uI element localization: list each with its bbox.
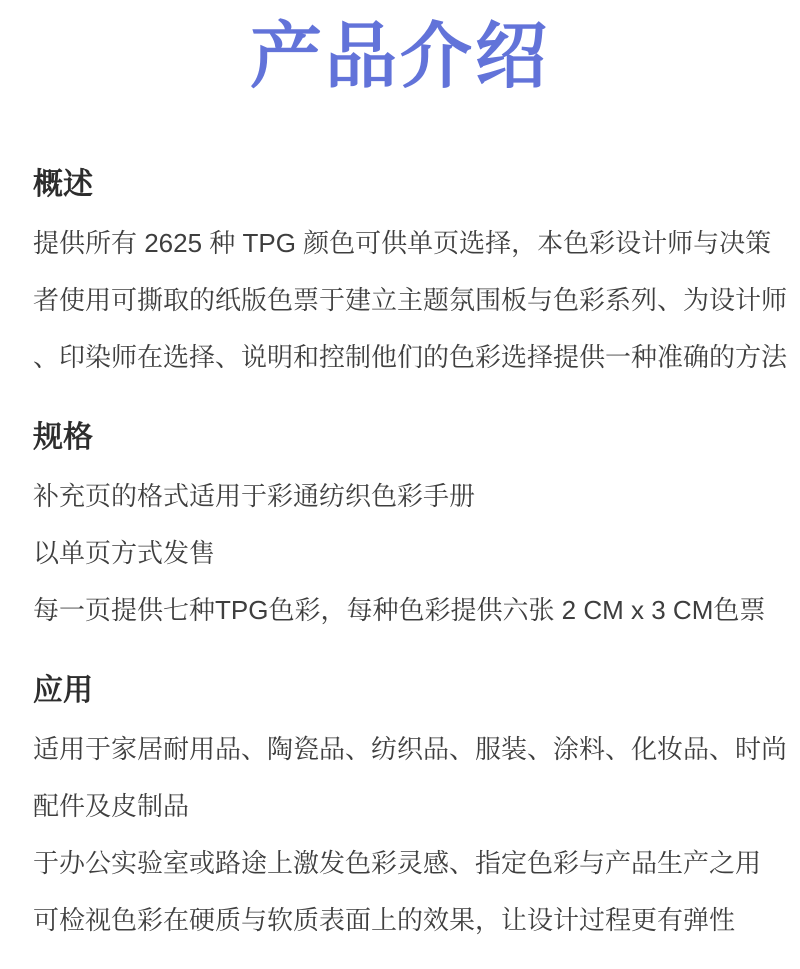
product-intro-page: 产品介绍 概述 提供所有 2625 种 TPG 颜色可供单页选择，本色彩设计师与…: [0, 0, 800, 969]
body-line: 、印染师在选择、说明和控制他们的色彩选择提供一种准确的方法: [33, 329, 767, 386]
section-overview-heading: 概述: [33, 165, 767, 205]
body-line: 者使用可撕取的纸版色票于建立主题氛围板与色彩系列、为设计师: [33, 272, 767, 329]
section-overview: 概述 提供所有 2625 种 TPG 颜色可供单页选择，本色彩设计师与决策 者使…: [33, 165, 767, 386]
section-specs: 规格 补充页的格式适用于彩通纺织色彩手册 以单页方式发售 每一页提供七种TPG色…: [33, 418, 767, 639]
section-applications-heading: 应用: [33, 671, 767, 711]
body-line: 补充页的格式适用于彩通纺织色彩手册: [33, 468, 767, 525]
section-specs-body: 补充页的格式适用于彩通纺织色彩手册 以单页方式发售 每一页提供七种TPG色彩，每…: [33, 468, 767, 639]
body-line: 可检视色彩在硬质与软质表面上的效果，让设计过程更有弹性: [33, 892, 767, 949]
section-specs-heading: 规格: [33, 418, 767, 458]
body-line: 于办公实验室或路途上激发色彩灵感、指定色彩与产品生产之用: [33, 835, 767, 892]
section-applications: 应用 适用于家居耐用品、陶瓷品、纺织品、服装、涂料、化妆品、时尚 配件及皮制品 …: [33, 671, 767, 949]
body-line: 以单页方式发售: [33, 525, 767, 582]
section-applications-body: 适用于家居耐用品、陶瓷品、纺织品、服装、涂料、化妆品、时尚 配件及皮制品 于办公…: [33, 721, 767, 949]
body-line: 提供所有 2625 种 TPG 颜色可供单页选择，本色彩设计师与决策: [33, 215, 767, 272]
page-title: 产品介绍: [33, 14, 767, 100]
section-overview-body: 提供所有 2625 种 TPG 颜色可供单页选择，本色彩设计师与决策 者使用可撕…: [33, 215, 767, 386]
body-line: 配件及皮制品: [33, 778, 767, 835]
body-line: 适用于家居耐用品、陶瓷品、纺织品、服装、涂料、化妆品、时尚: [33, 721, 767, 778]
body-line: 每一页提供七种TPG色彩，每种色彩提供六张 2 CM x 3 CM色票: [33, 582, 767, 639]
